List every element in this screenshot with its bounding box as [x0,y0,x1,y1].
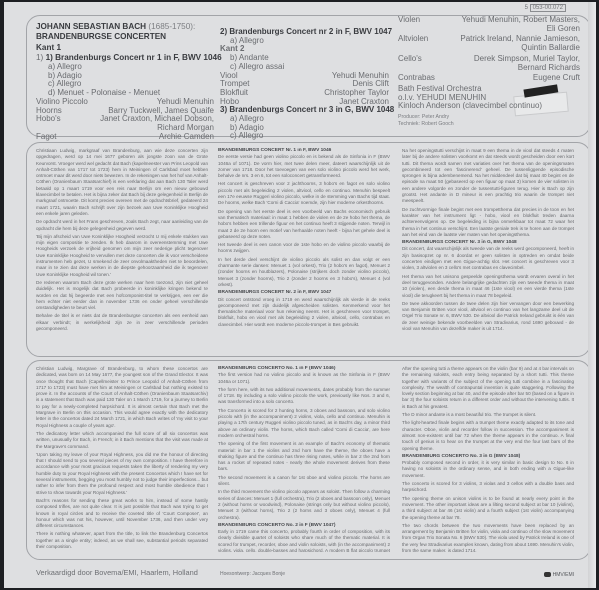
work-1-title: 1) Brandenburgs Concert nr 1 in F, BWV 1… [46,53,222,62]
note-section-text: The D minor andante is a most beautiful … [402,412,536,417]
note-section-text: Het thema van het unisono gespeelde open… [402,274,574,298]
note-section: BRANDENBURG CONCERTO No. 1 in F (BWV 104… [218,366,390,385]
note-section-text: The concerto is scored for 3 violins, 3 … [402,481,574,492]
emi-logo-icon [544,572,551,577]
note-section-text: The two chords between the two movements… [402,523,574,552]
note-section-text: Het tweede deel is een canon voor de 1st… [218,242,390,253]
note-section-text: After the opening tutti a theme appears … [402,366,574,409]
note-section: In het derde deel verschijnt de violino … [218,257,390,288]
note-section: BRANDENBURGS CONCERT Nr. 3 in G, BWV 104… [402,240,574,271]
producer-credit: Producer: Peter Andry [398,114,449,120]
note-section-text: Na het openingstutti verschijnt in maat … [402,148,574,203]
english-notes-column-3: After the opening tutti a theme appears … [402,366,574,552]
note-section-text: De eerste versie had geen violino piccol… [218,154,390,178]
side-1-label: Kant 1 [36,43,222,53]
note-section-text: De zuchtvormige finale begint met een tr… [402,207,574,237]
note-section: De zuchtvormige finale begint met een tr… [402,207,574,238]
technician-credit: Techniek: Robert Gooch [398,121,454,127]
note-section-text: The opening of the first movement is an … [218,441,390,471]
note-paragraph: De redenen waarom Bach deze grote werken… [36,280,208,311]
work-2-title-text: 2) Brandenburgs Concert nr 2 in F, BWV 1… [220,27,392,36]
note-section: De opening van het eerste deel is een vo… [218,209,390,240]
note-paragraph: The dedicatory letter which accompanied … [36,431,208,450]
note-paragraph: Christian Ludwig, Margrave of Brandenbur… [36,366,208,429]
album-title: BRANDENBURGSE CONCERTEN [36,32,222,42]
note-paragraph: Christiaan Ludwig, markgraaf van Branden… [36,148,208,217]
note-section: BRANDENBURGS CONCERT Nr. 1 in F, BWV 104… [218,148,390,179]
note-section-text: In het derde deel verschijnt de violino … [218,257,390,287]
note-section: Na het openingstutti verschijnt in maat … [402,148,574,205]
note-section: The Concerto is scored for 2 hunting hor… [218,408,390,439]
dutch-notes-column-1: Christiaan Ludwig, markgraaf van Branden… [36,148,208,348]
note-section: Het tweede deel is een canon voor de 1st… [218,242,390,255]
soloist-name: Archie Camden [64,132,214,142]
section-instrument: Cello's [398,54,422,64]
note-section-text: Dit concert, dat waarschijnlijk als twee… [402,246,574,270]
catalog-number: 5 053-00.072 [525,5,566,11]
note-section-text: The light-hearted finale begins with a t… [402,420,574,450]
note-paragraph: De opdracht werd in het Frans geschreven… [36,219,208,232]
note-section: The two chords between the two movements… [402,523,574,552]
section-player: Eugene Cruft [424,73,580,83]
note-section: The second movement is a canon for 1st o… [218,475,390,488]
soloist-instrument: Fagot [36,132,56,142]
note-section: The opening of the first movement is an … [218,441,390,472]
dutch-notes-column-3: Na het openingstutti verschijnt in maat … [402,148,574,348]
note-paragraph: 'Upon taking my leave of your Royal High… [36,452,208,496]
section-player: Eli Goren [424,24,580,34]
movement: c) Allegro [230,131,263,141]
note-section: BRANDENBURGS CONCERT Nr. 2 in F, BWV 104… [218,290,390,328]
sleeve-design-credit: Hoesontwerp: Jacques Bonje [220,571,285,577]
note-section: The D minor andante is a most beautiful … [402,412,574,418]
note-section-text: De opening van het eerste deel is een vo… [218,209,390,239]
note-section-text: Het concert is geschreven voor 2 jachtho… [218,181,390,205]
composer-name: JOHANN SEBASTIAN BACH [36,22,146,31]
note-section: Het thema van het unisono gespeelde open… [402,274,574,299]
note-section: In the third movement the violino piccol… [218,489,390,520]
continuo: Kinloch Anderson (clavecimbel continuo) [398,101,568,111]
note-section: The light-hearted finale begins with a t… [402,420,574,451]
note-paragraph: 'Bij mijn afscheid van Uwe Koninklijke H… [36,234,208,278]
label-logo: HMV/EMI [544,572,574,578]
note-section: The opening theme on unison violins is t… [402,496,574,521]
note-paragraph: There is nothing whatever, apart from th… [36,531,208,550]
note-section: De twee akkoorden tussen de twee delen z… [402,301,574,332]
note-section: BRANDENBURG CONCERTO No. 2 in F (BWV 104… [218,523,390,552]
distributor-credit: Verkaardigd door Bovema/EMI, Haarlem, Ho… [36,568,198,577]
album-header: JOHANN SEBASTIAN BACH (1685-1750): BRAND… [36,22,222,63]
note-section: BRANDENBURG CONCERTO No. 3 in G (BWV 104… [402,454,574,479]
note-section-text: The first version had no violino piccolo… [218,372,390,383]
composer-dates: (1685-1750): [148,22,195,31]
note-section-text: The form here, with its two additional m… [218,387,390,405]
note-section-text: In the third movement the violino piccol… [218,489,390,519]
section-player: Bernard Richards [424,63,580,73]
note-section-text: The Concerto is scored for 2 hunting hor… [218,408,390,438]
english-notes-column-1: Christian Ludwig, Margrave of Brandenbur… [36,366,208,552]
soloist-instrument: Hobo's [36,114,61,124]
section-instrument: Violen [398,15,420,25]
note-section-text: Early in 1719 came this concerto, probab… [218,529,390,552]
note-section: After the opening tutti a theme appears … [402,366,574,410]
logo-text: HMV/EMI [553,572,574,578]
note-section-text: Probably composed second in order, it is… [402,460,574,478]
catalog-number-box: 053-00.072 [530,4,566,12]
note-section-text: The second movement is a canon for 1st o… [218,475,390,486]
record-sleeve-back: 5 053-00.072 JOHANN SEBASTIAN BACH (1685… [4,2,596,588]
note-section: Het concert is geschreven voor 2 jachtho… [218,181,390,206]
note-section-text: Dit concert ontstond vroeg in 1719 en we… [218,297,390,327]
dutch-notes-column-2: BRANDENBURGS CONCERT Nr. 1 in F, BWV 104… [218,148,390,348]
note-section: The form here, with its two additional m… [218,387,390,406]
work-3-title-text: 3) Brandenburgs Concert nr 3 in G, BWV 1… [220,105,394,114]
note-section: The concerto is scored for 3 violins, 3 … [402,481,574,494]
section-player: Quintin Ballardie [424,43,580,53]
english-notes-column-2: BRANDENBURG CONCERTO No. 1 in F (BWV 104… [218,366,390,552]
note-section-text: The opening theme on unison violins is t… [402,496,574,520]
note-paragraph: Bach's reasons for sending these great w… [36,498,208,529]
note-section-text: De twee akkoorden tussen de twee delen z… [402,301,574,331]
note-paragraph: Behalve de titel is er niets dat de Bran… [36,313,208,332]
catalog-prefix: 5 [525,5,528,11]
